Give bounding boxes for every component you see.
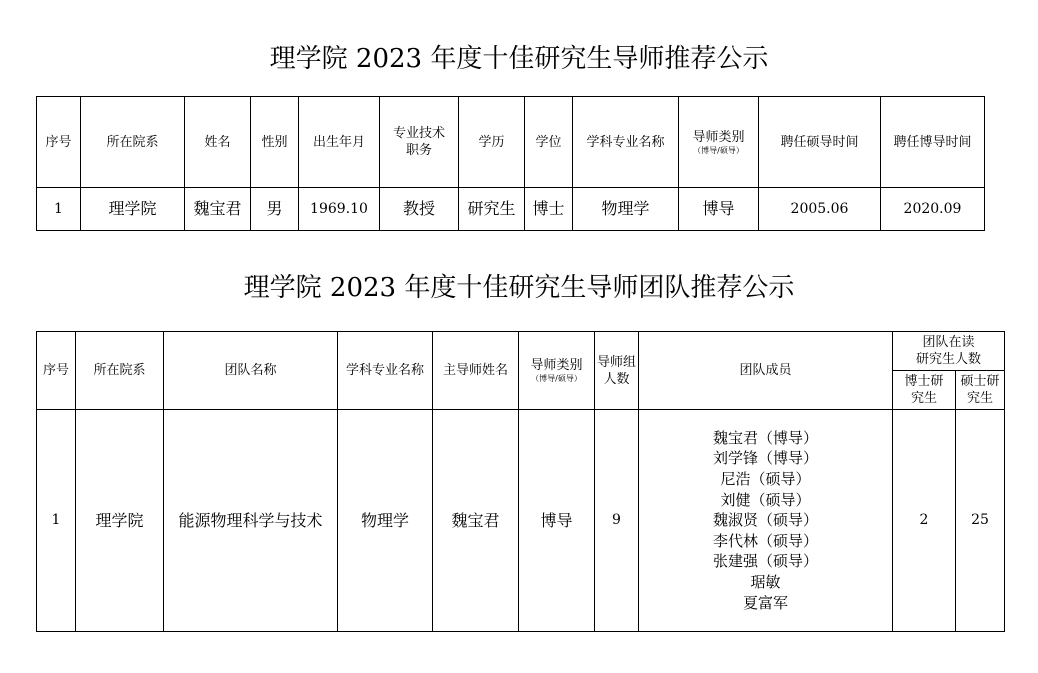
header-master-line2: 究生 [956, 390, 1004, 407]
member-item: 李代林（硕导） [639, 531, 892, 552]
header-gender: 性别 [251, 97, 299, 188]
header-count: 导师组 人数 [595, 332, 639, 410]
member-item: 夏富军 [639, 593, 892, 614]
header-count-line1: 导师组 [595, 354, 638, 371]
table-row: 1 理学院 能源物理科学与技术 物理学 魏宝君 博导 9 魏宝君（博导） 刘学锋… [37, 410, 1005, 632]
cell-title: 教授 [380, 188, 459, 231]
header-type-note: （博导/硕导） [679, 146, 758, 156]
header-type: 导师类别 （博导/硕导） [519, 332, 595, 410]
member-item: 魏宝君（博导） [639, 428, 892, 449]
header-type: 导师类别 （博导/硕导） [679, 97, 759, 188]
member-item: 尼浩（硕导） [639, 469, 892, 490]
header-phd-line1: 博士研 [893, 373, 955, 390]
cell-members: 魏宝君（博导） 刘学锋（博导） 尼浩（硕导） 刘健（硕导） 魏淑贤（硕导） 李代… [639, 410, 893, 632]
cell-major: 物理学 [573, 188, 679, 231]
header-type-label: 导师类别 [519, 357, 594, 374]
cell-seq: 1 [37, 410, 76, 632]
header-members: 团队成员 [639, 332, 893, 410]
table-header-row: 序号 所在院系 姓名 性别 出生年月 专业技术 职务 学历 学位 学科专业名称 … [37, 97, 985, 188]
header-phd-line2: 究生 [893, 390, 955, 407]
header-students-line2: 研究生人数 [893, 351, 1004, 368]
header-master-students: 硕士研 究生 [956, 371, 1005, 410]
header-master-time: 聘任硕导时间 [759, 97, 881, 188]
member-item: 张建强（硕导） [639, 551, 892, 572]
cell-dept: 理学院 [76, 410, 164, 632]
cell-master-time: 2005.06 [759, 188, 881, 231]
header-master-line1: 硕士研 [956, 373, 1004, 390]
cell-phd-students: 2 [893, 410, 956, 632]
team-recommendation-title: 理学院 2023 年度十佳研究生导师团队推荐公示 [0, 272, 1038, 304]
header-title: 专业技术 职务 [380, 97, 459, 188]
header-type-label: 导师类别 [679, 129, 758, 146]
table-header-row: 序号 所在院系 团队名称 学科专业名称 主导师姓名 导师类别 （博导/硕导） 导… [37, 332, 1005, 371]
member-item: 魏淑贤（硕导） [639, 510, 892, 531]
cell-dept: 理学院 [81, 188, 185, 231]
cell-birth: 1969.10 [299, 188, 380, 231]
header-name: 姓名 [185, 97, 251, 188]
header-title-line1: 专业技术 [380, 125, 458, 142]
cell-name: 魏宝君 [185, 188, 251, 231]
header-team: 团队名称 [164, 332, 338, 410]
header-count-line2: 人数 [595, 371, 638, 388]
member-item: 琚敏 [639, 572, 892, 593]
cell-degree: 博士 [525, 188, 573, 231]
team-recommendation-table: 序号 所在院系 团队名称 学科专业名称 主导师姓名 导师类别 （博导/硕导） 导… [36, 331, 1005, 632]
cell-type: 博导 [519, 410, 595, 632]
header-birth: 出生年月 [299, 97, 380, 188]
header-major: 学科专业名称 [573, 97, 679, 188]
header-degree: 学位 [525, 97, 573, 188]
cell-master-students: 25 [956, 410, 1005, 632]
cell-phd-time: 2020.09 [881, 188, 985, 231]
header-major: 学科专业名称 [338, 332, 433, 410]
header-seq: 序号 [37, 332, 76, 410]
cell-lead: 魏宝君 [433, 410, 519, 632]
header-dept: 所在院系 [81, 97, 185, 188]
tutor-recommendation-title: 理学院 2023 年度十佳研究生导师推荐公示 [0, 43, 1038, 75]
tutor-recommendation-table: 序号 所在院系 姓名 性别 出生年月 专业技术 职务 学历 学位 学科专业名称 … [36, 96, 985, 231]
header-lead: 主导师姓名 [433, 332, 519, 410]
header-students-line1: 团队在读 [893, 334, 1004, 351]
header-phd-time: 聘任博导时间 [881, 97, 985, 188]
cell-type: 博导 [679, 188, 759, 231]
header-dept: 所在院系 [76, 332, 164, 410]
cell-count: 9 [595, 410, 639, 632]
cell-gender: 男 [251, 188, 299, 231]
header-seq: 序号 [37, 97, 81, 188]
header-type-note: （博导/硕导） [519, 374, 594, 384]
member-item: 刘健（硕导） [639, 490, 892, 511]
cell-education: 研究生 [459, 188, 525, 231]
cell-major: 物理学 [338, 410, 433, 632]
header-phd-students: 博士研 究生 [893, 371, 956, 410]
cell-seq: 1 [37, 188, 81, 231]
member-item: 刘学锋（博导） [639, 448, 892, 469]
cell-team: 能源物理科学与技术 [164, 410, 338, 632]
header-title-line2: 职务 [380, 142, 458, 159]
header-education: 学历 [459, 97, 525, 188]
table-row: 1 理学院 魏宝君 男 1969.10 教授 研究生 博士 物理学 博导 200… [37, 188, 985, 231]
header-students: 团队在读 研究生人数 [893, 332, 1005, 371]
